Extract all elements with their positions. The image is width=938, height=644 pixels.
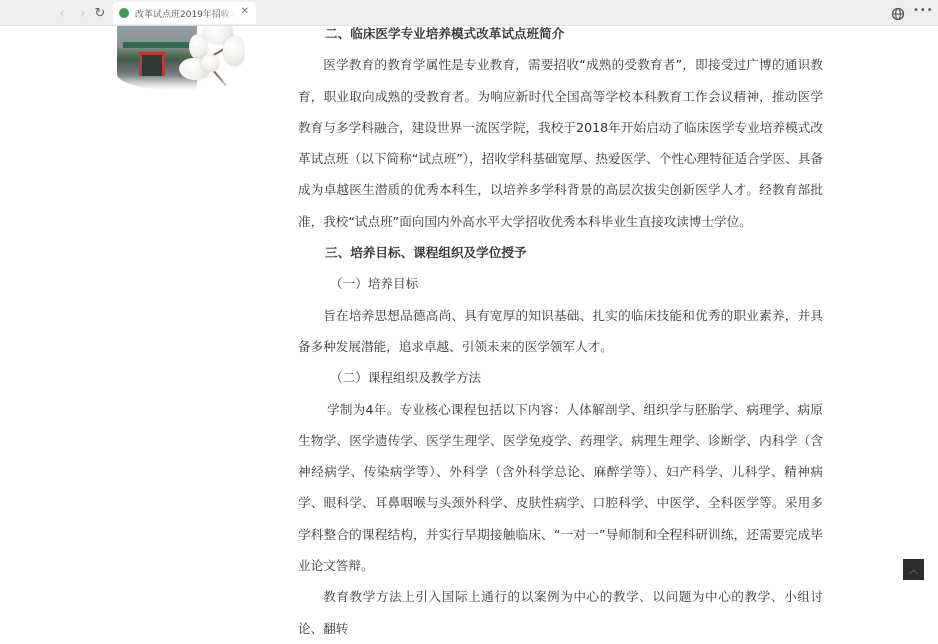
- image-fade: [117, 76, 245, 90]
- browser-tab-active[interactable]: 改革试点班2019年招收本科毕业生 ✕: [113, 2, 256, 24]
- tab-close-button[interactable]: ✕: [241, 6, 249, 17]
- more-icon: •••: [913, 5, 934, 16]
- paragraph: 学制为4年。专业核心课程包括以下内容：人体解剖学、组织学与胚胎学、病理学、病原生…: [298, 394, 823, 582]
- building-gate: [139, 52, 165, 76]
- chevron-up-icon: ︿: [909, 563, 918, 576]
- globe-button[interactable]: [891, 6, 905, 20]
- browser-toolbar: ‹ › ↻ 改革试点班2019年招收本科毕业生 ✕ •••: [0, 0, 938, 26]
- more-menu-button[interactable]: •••: [913, 5, 934, 16]
- globe-icon: [891, 7, 905, 21]
- tab-title: 改革试点班2019年招收本科毕业生: [135, 7, 235, 20]
- paragraph: 旨在培养思想品德高尚、具有宽厚的知识基础、扎实的临床技能和优秀的职业素养，并具备…: [298, 300, 823, 363]
- favicon-icon: [119, 8, 129, 18]
- building-roof: [123, 42, 191, 48]
- paragraph: 医学教育的教育学属性是专业教育，需要招收“成熟的受教育者”，即接受过广博的通识教…: [298, 49, 823, 237]
- subsection-heading: （一）培养目标: [298, 268, 823, 299]
- reload-button[interactable]: ↻: [91, 4, 109, 22]
- magnolia-flower: [223, 36, 245, 66]
- hero-image: [117, 22, 245, 90]
- chevron-left-icon: ‹: [60, 6, 65, 20]
- paragraph: 教育教学方法上引入国际上通行的以案例为中心的教学、以问题为中心的教学、小组讨论、…: [298, 581, 823, 586]
- magnolia-flower: [201, 54, 219, 72]
- reload-icon: ↻: [95, 6, 106, 21]
- subsection-heading: （二）课程组织及教学方法: [298, 362, 823, 393]
- back-button[interactable]: ‹: [53, 4, 71, 22]
- back-to-top-button[interactable]: ︿: [903, 559, 924, 580]
- chevron-right-icon: ›: [81, 6, 86, 20]
- article-body: 二、临床医学专业培养模式改革试点班简介 医学教育的教育学属性是专业教育，需要招收…: [298, 18, 823, 586]
- forward-button[interactable]: ›: [74, 4, 92, 22]
- section-heading: 三、培养目标、课程组织及学位授予: [298, 237, 823, 268]
